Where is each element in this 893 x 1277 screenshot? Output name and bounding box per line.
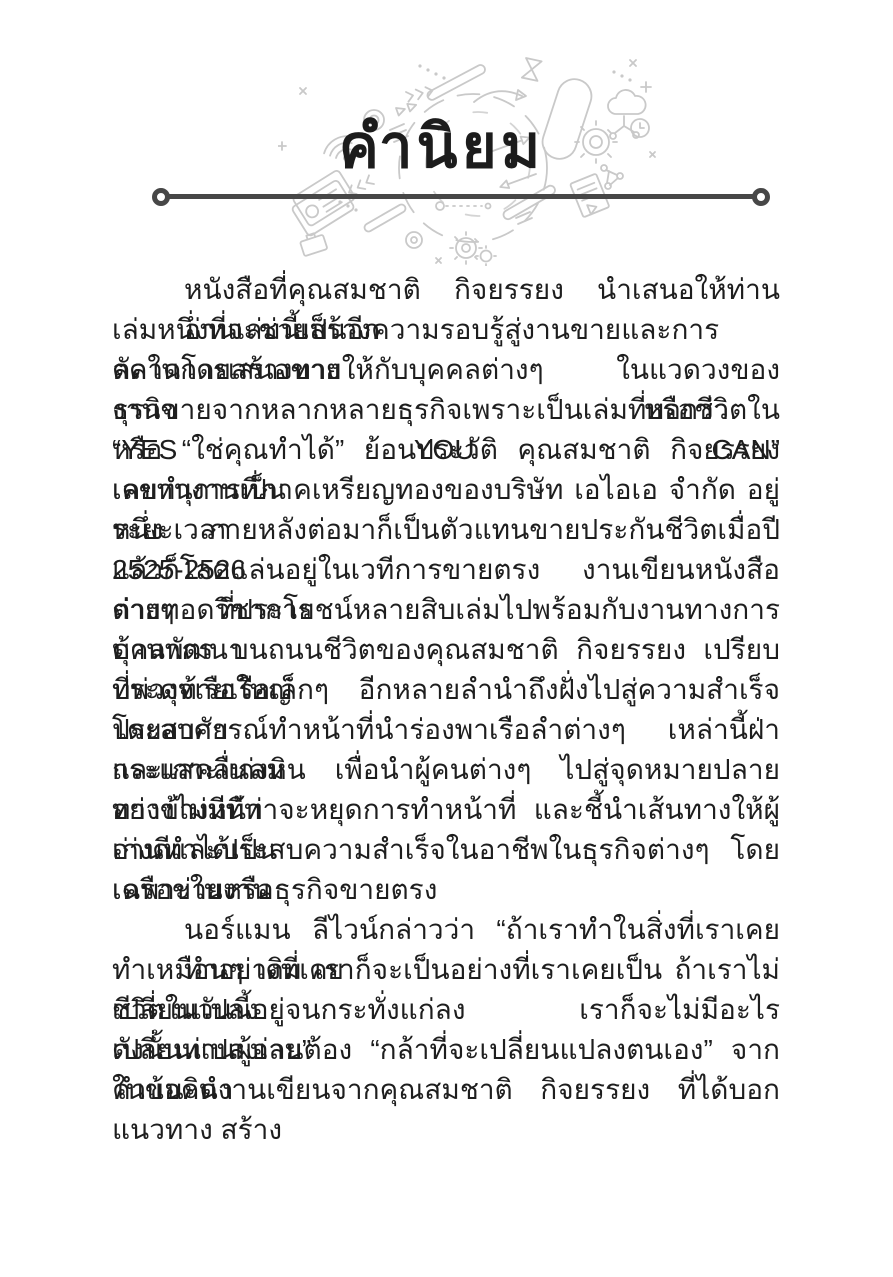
- text-line: หนังสือที่คุณสมชาติ กิจยรรยง นำเสนอให้ท่…: [112, 270, 780, 310]
- text-line: ชีวิตในวันนี้อยู่จนกระทั่งแก่ลง เราก็จะไ…: [112, 990, 780, 1030]
- text-line: ต่างๆ ที่ประโยชน์หลายสิบเล่มไปพร้อมกับงา…: [112, 590, 780, 630]
- text-line: บุคลากร บนถนนชีวิตของคุณสมชาติ กิจยรรยง …: [112, 630, 780, 670]
- divider-ring-left-icon: [152, 188, 170, 206]
- text-line: ดังนั้นท่านผู้อ่านต้อง “กล้าที่จะเปลี่ยน…: [112, 1030, 780, 1070]
- text-line: เครือข่ายหรือธุรกิจขายตรง: [112, 870, 780, 910]
- text-line: ที่พ่วงท้ายเรือเล็กๆ อีกหลายลำนำถึงฝั่งไ…: [112, 670, 780, 710]
- text-line: แล้วก็โลดแล่นอยู่ในเวทีการขายตรง งานเขีย…: [112, 550, 780, 590]
- text-line: ทำเหมือนๆ เดิม เราก็จะเป็นอย่างที่เราเคย…: [112, 950, 780, 990]
- text-line: ประสบการณ์ทำหน้าที่นำร่องพาเรือลำต่างๆ เ…: [112, 710, 780, 750]
- divider-ring-right-icon: [752, 188, 770, 206]
- arrow-icon: [474, 91, 522, 102]
- text-line: และเกาะแก่งหิน เพื่อนำผู้คนต่างๆ ไปสู่จุ…: [112, 750, 780, 790]
- page-title: คำนิยม: [0, 108, 883, 186]
- text-line: ลัดในการเสนอขายให้กับบุคคลต่างๆ ในแวดวงข…: [112, 350, 780, 390]
- gear-icon: [476, 246, 496, 266]
- text-line: ในข้อคิดงานเขียนจากคุณสมชาติ กิจยรรยง ที…: [112, 1070, 780, 1110]
- preface-body: หนังสือที่คุณสมชาติ กิจยรรยง นำเสนอให้ท่…: [112, 270, 780, 1110]
- text-line: หรือ “ใช่คุณทำได้” ย้อนประวัติ คุณสมชาติ…: [112, 430, 780, 470]
- text-line: นอร์แมน ลีไวน์กล่าวว่า “ถ้าเราทำในสิ่งที…: [112, 910, 780, 950]
- capsule-bar-shape: [426, 63, 487, 101]
- capsule-bar-shape: [363, 203, 407, 233]
- dotted-connector: [436, 202, 491, 210]
- text-line: งานขายจากหลากหลายธุรกิจเพราะเป็นเล่มที่บ…: [112, 390, 780, 430]
- text-line: หนึ่ง ภายหลังต่อมาก็เป็นตัวแทนขายประกันช…: [112, 510, 780, 550]
- text-line: เล่มหนึ่งที่จะช่วยสร้างความรอบรู้สู่งานข…: [112, 310, 780, 350]
- book-preface-page: คำนิยม หนังสือที่คุณสมชาติ กิจยรรยง นำเส…: [0, 0, 893, 1277]
- text-line: เก่งดีและประสบความสำเร็จในอาชีพในธุรกิจต…: [112, 830, 780, 870]
- gear-icon: [450, 232, 482, 264]
- hourglass-icon: [522, 58, 542, 81]
- divider-line: [168, 194, 755, 199]
- text-line: เลขานุการที่ภาคเหรียญทองของบริษัท เอไอเอ…: [112, 470, 780, 510]
- text-line: อย่างไม่มีทีท่าจะหยุดการทำหน้าที่ และชี้…: [112, 790, 780, 830]
